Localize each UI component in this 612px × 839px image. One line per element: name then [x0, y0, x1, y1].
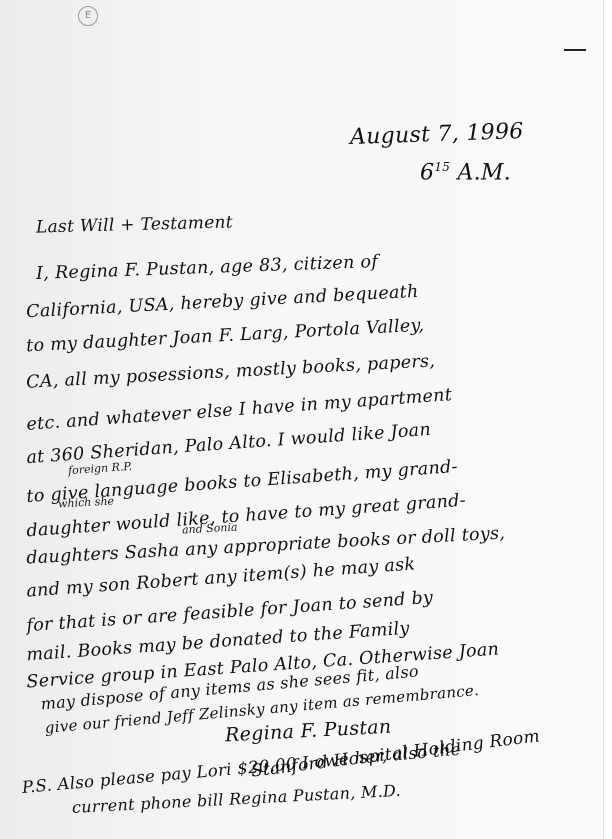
time-hour: 6	[420, 160, 434, 185]
time-suffix: A.M.	[457, 160, 511, 185]
margin-dash	[564, 49, 586, 51]
page-edge	[603, 0, 612, 839]
page-mark: E	[78, 6, 98, 26]
document-time: 615 A.M.	[420, 160, 511, 185]
time-minutes: 15	[434, 160, 450, 174]
